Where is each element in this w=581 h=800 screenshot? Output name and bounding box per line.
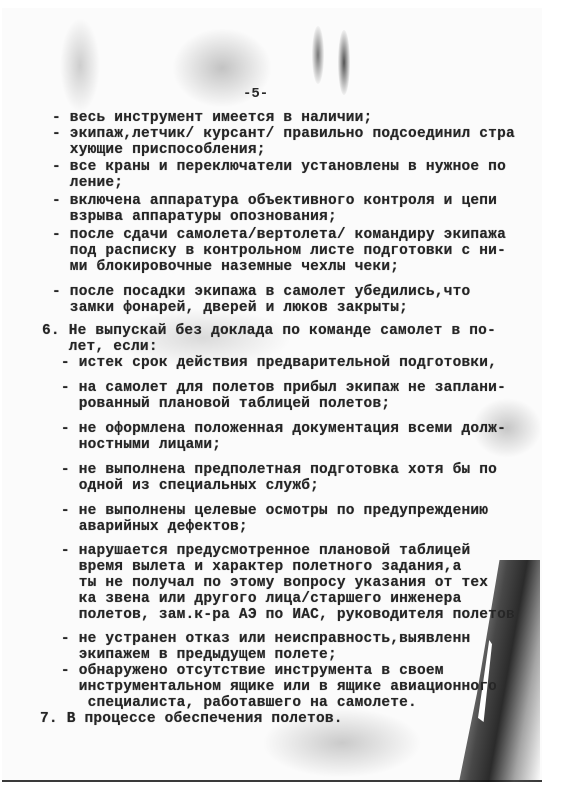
text-line: полетов, зам.к-ра АЭ по ИАС, руководител… <box>52 607 515 623</box>
text-line: аварийных дефектов; <box>52 519 248 535</box>
text-line: - включена аппаратура объективного контр… <box>52 193 497 209</box>
text-line: ми блокировочные наземные чехлы чеки; <box>52 259 399 275</box>
text-line: - не выполнены целевые осмотры по предуп… <box>52 503 488 519</box>
text-line: одной из специальных служб; <box>52 478 319 494</box>
text-line: ка звена или другого лица/старшего инжен… <box>52 591 461 607</box>
text-line: - на самолет для полетов прибыл экипаж н… <box>52 380 506 396</box>
text-line: ностными лицами; <box>52 437 221 453</box>
text-line: - все краны и переключатели установлены … <box>52 159 506 175</box>
text-line: специалиста, работавшего на самолете. <box>52 695 417 711</box>
text-line: замки фонарей, дверей и люков закрыты; <box>52 300 408 316</box>
text-line: - не выполнена предполетная подготовка х… <box>52 462 497 478</box>
text-line: - истек срок действия предварительной по… <box>52 355 497 371</box>
text-line: под расписку в контрольном листе подгото… <box>52 243 506 259</box>
text-line: рованный плановой таблицей полетов; <box>52 396 390 412</box>
text-line: лет, если: <box>42 339 158 355</box>
stain-drip-1 <box>312 26 324 84</box>
text-line: 7. В процессе обеспечения полетов. <box>40 711 343 727</box>
text-line: экипажем в предыдущем полете; <box>52 647 337 663</box>
text-line: ты не получал по этому вопросу указания … <box>52 575 488 591</box>
text-line: - нарушается предусмотренное плановой та… <box>52 543 470 559</box>
stain-top-left <box>60 18 100 113</box>
text-line: 6. Не выпускай без доклада по команде са… <box>42 323 496 339</box>
text-line: - не устранен отказ или неисправность,вы… <box>52 631 470 647</box>
text-line: - весь инструмент имеется в наличии; <box>52 110 372 126</box>
scanned-page: -5- - весь инструмент имеется в наличии;… <box>0 0 581 800</box>
text-line: - после посадки экипажа в самолет убедил… <box>52 284 470 300</box>
stain-drip-2 <box>338 30 350 95</box>
text-line: - экипаж,летчик/ курсант/ правильно подс… <box>52 126 515 142</box>
text-line: - обнаружено отсутствие инструмента в св… <box>52 663 444 679</box>
text-line: взрыва аппаратуры опознования; <box>52 209 337 225</box>
text-line: инструментальном ящике или в ящике авиац… <box>52 679 497 695</box>
page-number: -5- <box>243 86 268 102</box>
text-line: - после сдачи самолета/вертолета/ команд… <box>52 227 506 243</box>
text-line: хующие приспособления; <box>52 142 266 158</box>
text-line: ление; <box>52 175 123 191</box>
text-line: - не оформлена положенная документация в… <box>52 421 506 437</box>
text-line: время вылета и характер полетного задани… <box>52 559 461 575</box>
